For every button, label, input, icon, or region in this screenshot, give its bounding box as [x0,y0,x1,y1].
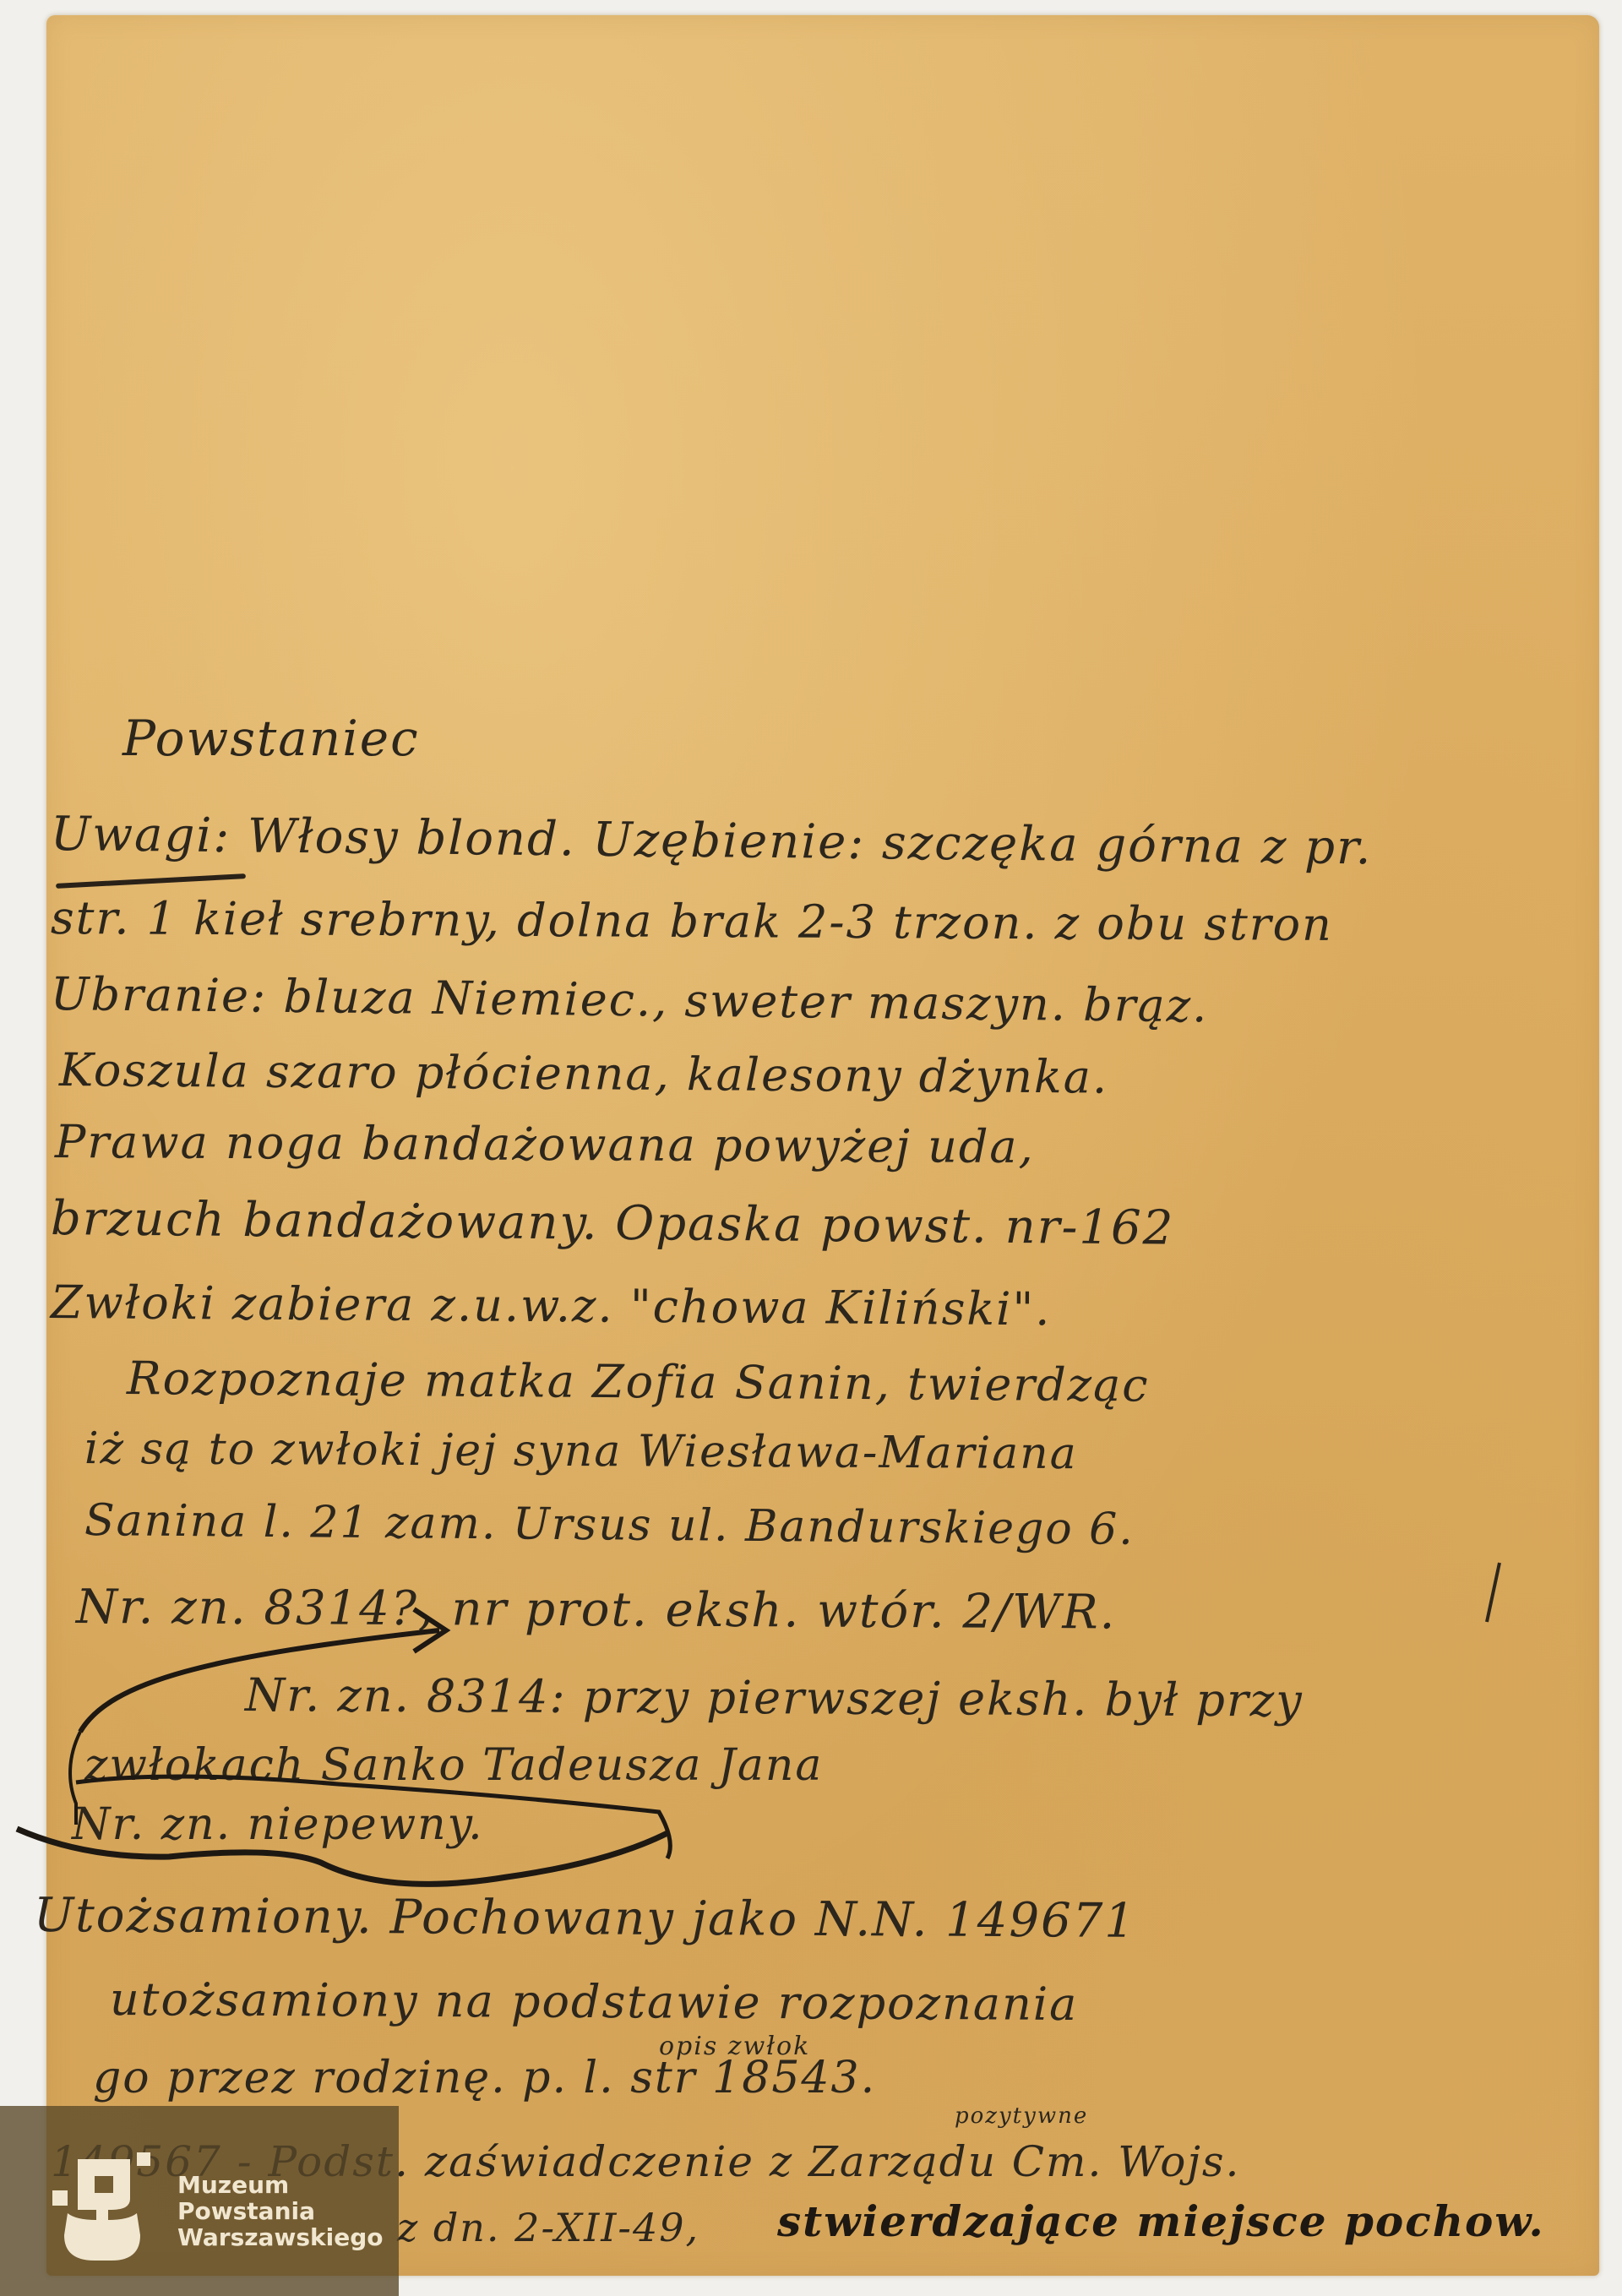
text-line-leg: Prawa noga bandażowana powyżej uda, [55,1115,1035,1173]
kotwica-anchor-icon [52,2152,154,2262]
text-line-son: iż są to zwłoki jej syna Wiesława-Marian… [84,1423,1078,1479]
text-line-remains-of: zwłokach Sanko Tadeusza Jana [84,1740,823,1791]
text-line-buried-as: Utożsamiony. Pochowany jako N.N. 149671 [34,1888,1136,1949]
text-line-first-exhumation: Nr. zn. 8314: przy pierwszej eksh. był p… [245,1668,1304,1727]
text-line-shirt: Koszula szaro płócienna, kalesony dżynka… [59,1043,1109,1104]
text-line-basis: utożsamiony na podstawie rozpoznania [110,1972,1079,2031]
text-line-remains: Zwłoki zabiera z.u.w.z. "chowa Kiliński"… [51,1276,1052,1336]
superscript-opis-zwlok: opis zwłok [659,2032,810,2061]
text-line-tag-number: Nr. zn. 8314?, nr prot. eksh. wtór. 2/WR… [76,1580,1117,1640]
museum-name: Muzeum Powstania Warszawskiego [177,2172,383,2250]
superscript-pozytywne: pozytywne [955,2103,1088,2129]
text-line-identified-by: Rozpoznaje matka Zofia Sanin, twierdząc [127,1352,1150,1412]
museum-watermark: Muzeum Powstania Warszawskiego [0,2106,399,2296]
text-line-uncertain: Nr. zn. niepewny. [72,1799,484,1850]
text-line-armband: brzuch bandażowany. Opaska powst. nr-162 [51,1191,1175,1256]
card-title: Powstaniec [122,710,420,767]
text-line-date: z dn. 2-XII-49, [397,2205,699,2250]
text-line-burial-place: stwierdzające miejsce pochow. [777,2196,1545,2246]
text-line-address: Sanina l. 21 zam. Ursus ul. Bandurskiego… [84,1495,1135,1555]
text-line-teeth: str. 1 kieł srebrny, dolna brak 2-3 trzo… [51,891,1333,951]
